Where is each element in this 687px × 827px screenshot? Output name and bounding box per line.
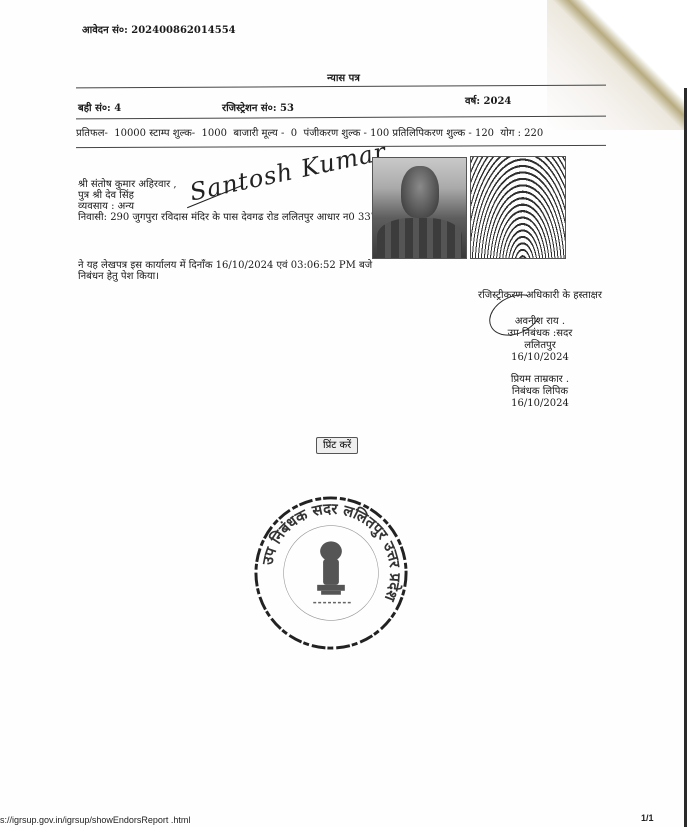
presenter-occupation: व्यवसाय : अन्य [78,201,383,212]
page-number: 1/1 [641,813,654,823]
bahi-number: बही सं०: 4 [78,100,121,114]
year: वर्ष: 2024 [465,93,511,107]
clerk-designation: निबंधक लिपिक [460,386,620,398]
officer-signature-label: रजिस्ट्रीकरण अधिकारी के हस्ताक्षर [460,290,620,302]
fee-details: प्रतिफल- 10000 स्टाम्प शुल्क- 1000 बाजार… [76,125,543,139]
application-number: आवेदन सं०: 202400862014554 [82,22,236,36]
document-title: न्यास पत्र [0,70,687,84]
presenter-residence: निवासी: 290 जुगपुरा रविदास मंदिर के पास … [78,212,383,223]
clerk-name: प्रियम ताम्रकार . [460,374,620,386]
print-button[interactable]: प्रिंट करें [316,437,358,454]
divider [76,116,606,120]
fingerprint-icon [470,156,566,259]
presentation-statement: ने यह लेखपत्र इस कार्यालय में दिनाँक 16/… [78,260,372,282]
paper-fold-shadow [547,0,687,130]
officer-date: 16/10/2024 [460,352,620,364]
officer-name: अवनीश राय . [460,316,620,328]
presentation-line: ने यह लेखपत्र इस कार्यालय में दिनाँक 16/… [78,260,372,271]
registration-number: रजिस्ट्रेशन सं०: 53 [222,100,294,114]
clerk-date: 16/10/2024 [460,398,620,410]
divider [76,85,606,89]
officer-designation: उप निबंधक :सदर [460,328,620,340]
government-seal-icon: उप निबंधक सदर ललितपुर उत्तर प्रदेश [252,494,410,652]
presentation-line: निबंधन हेतु पेश किया। [78,271,372,282]
person-photo-icon [372,157,467,259]
page-url: s://igrsup.gov.in/igrsup/showEndorsRepor… [0,815,190,825]
officer-location: ललितपुर [460,340,620,352]
